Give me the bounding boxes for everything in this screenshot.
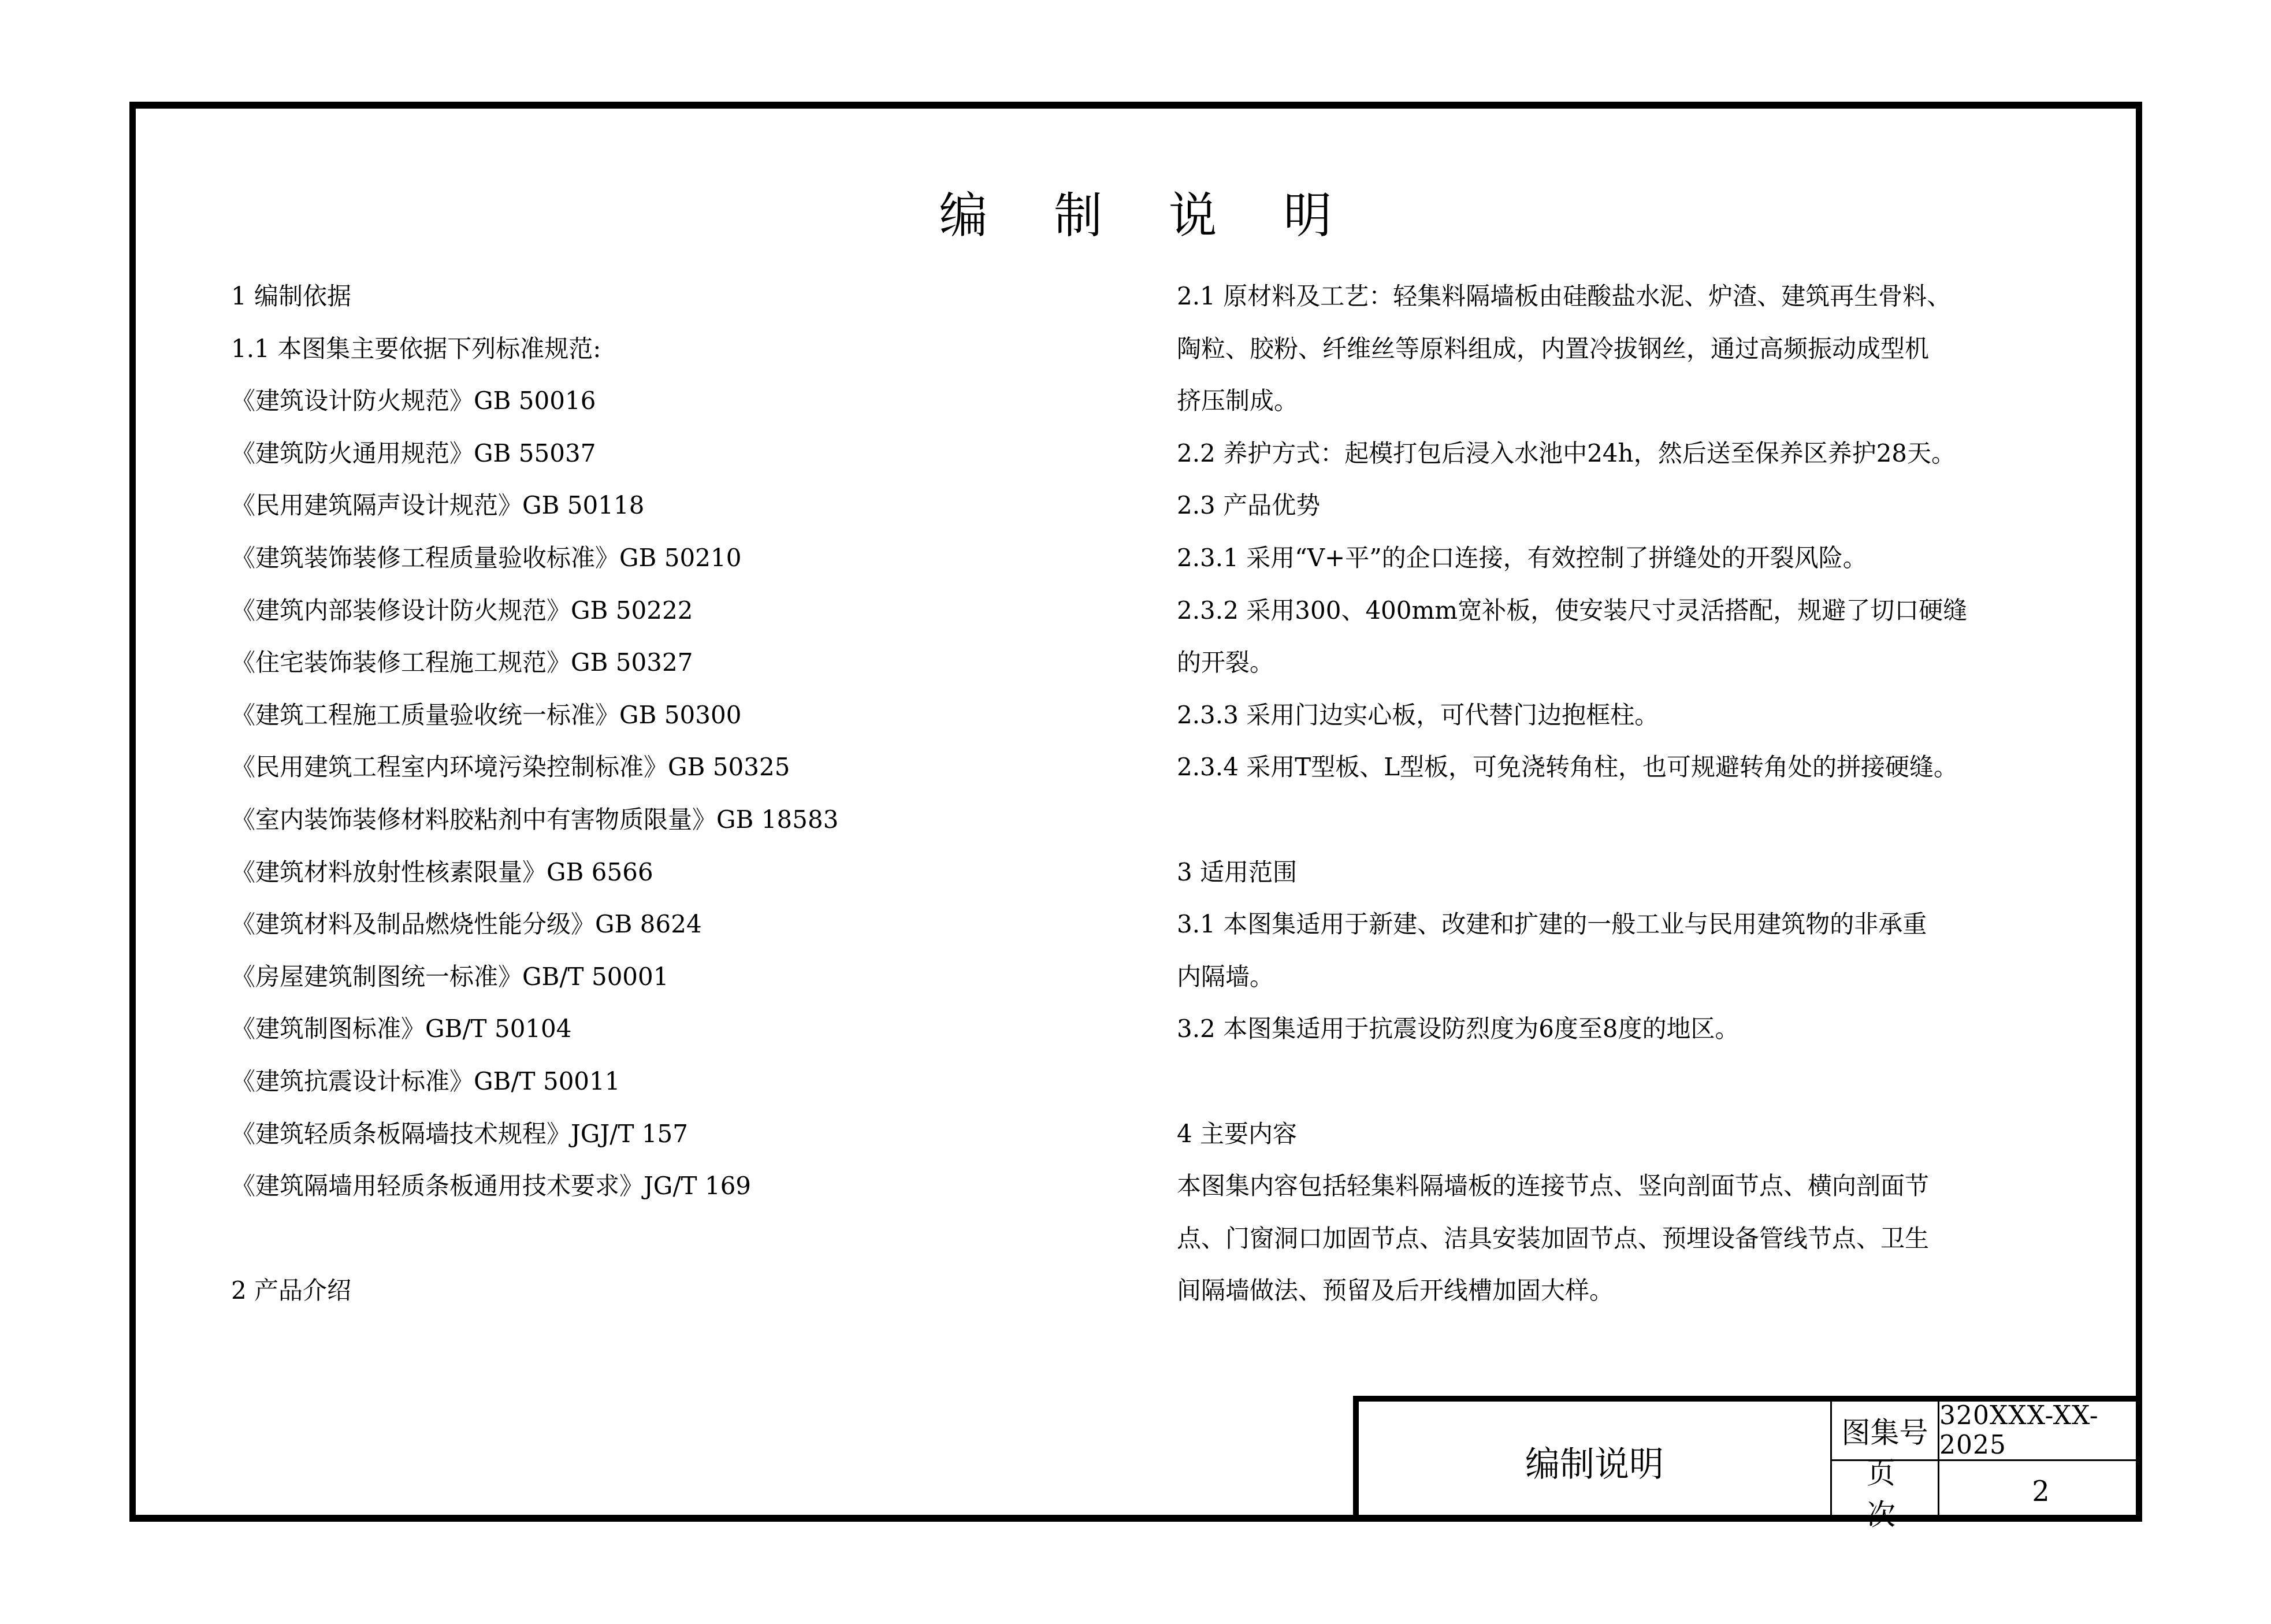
standard-item: 《房屋建筑制图统一标准》GB/T 50001: [231, 951, 838, 1004]
standard-item: 《建筑内部装修设计防火规范》GB 50222: [231, 585, 838, 637]
paragraph-line: 间隔墙做法、预留及后开线槽加固大样。: [1177, 1265, 1967, 1317]
standard-item: 《建筑设计防火规范》GB 50016: [231, 375, 838, 428]
title-block: 编制说明 图集号 320XXX-XX-2025 页次 2: [1353, 1396, 2142, 1522]
standard-item: 《建筑装饰装修工程质量验收标准》GB 50210: [231, 532, 838, 585]
standard-item: 《住宅装饰装修工程施工规范》GB 50327: [231, 637, 838, 689]
standard-item: 《建筑工程施工质量验收统一标准》GB 50300: [231, 689, 838, 742]
paragraph-line: 2.3.4 采用T型板、L型板，可免浇转角柱，也可规避转角处的拼接硬缝。: [1177, 741, 1967, 794]
paragraph-line: 2.3.3 采用门边实心板，可代替门边抱框柱。: [1177, 689, 1967, 742]
spacer: [1177, 794, 1967, 846]
standard-item: 《建筑材料放射性核素限量》GB 6566: [231, 846, 838, 899]
drawing-name: 编制说明: [1359, 1402, 1830, 1522]
paragraph-line: 挤压制成。: [1177, 375, 1967, 428]
paragraph-line: 陶粒、胶粉、纤维丝等原料组成，内置冷拔钢丝，通过高频振动成型机: [1177, 323, 1967, 376]
standard-item: 《民用建筑隔声设计规范》GB 50118: [231, 480, 838, 532]
paragraph-line: 本图集内容包括轻集料隔墙板的连接节点、竖向剖面节点、横向剖面节: [1177, 1160, 1967, 1213]
spacer: [231, 1213, 838, 1265]
paragraph-line: 2.2 养护方式：起模打包后浸入水池中24h，然后送至保养区养护28天。: [1177, 428, 1967, 480]
standard-item: 《建筑材料及制品燃烧性能分级》GB 8624: [231, 898, 838, 951]
section-heading: 2 产品介绍: [231, 1265, 838, 1317]
paragraph-line: 3.1 本图集适用于新建、改建和扩建的一般工业与民用建筑物的非承重: [1177, 898, 1967, 951]
paragraph-line: 3.2 本图集适用于抗震设防烈度为6度至8度的地区。: [1177, 1003, 1967, 1056]
standard-item: 《室内装饰装修材料胶粘剂中有害物质限量》GB 18583: [231, 794, 838, 846]
standard-item: 《民用建筑工程室内环境污染控制标准》GB 50325: [231, 741, 838, 794]
paragraph-line: 2.3.1 采用“V+平”的企口连接，有效控制了拼缝处的开裂风险。: [1177, 532, 1967, 585]
subsection-heading: 1.1 本图集主要依据下列标准规范:: [231, 323, 838, 376]
page-number-label: 页次: [1832, 1461, 1938, 1522]
standard-item: 《建筑隔墙用轻质条板通用技术要求》JG/T 169: [231, 1160, 838, 1213]
subsection-heading: 2.3 产品优势: [1177, 480, 1967, 532]
paragraph-line: 2.1 原材料及工艺：轻集料隔墙板由硅酸盐水泥、炉渣、建筑再生骨料、: [1177, 270, 1967, 323]
page-number-value: 2: [1939, 1461, 2142, 1522]
spacer: [1177, 1056, 1967, 1108]
standard-item: 《建筑抗震设计标准》GB/T 50011: [231, 1056, 838, 1108]
paragraph-line: 的开裂。: [1177, 637, 1967, 689]
standard-item: 《建筑防火通用规范》GB 55037: [231, 428, 838, 480]
section-heading: 4 主要内容: [1177, 1108, 1967, 1161]
page-title: 编 制 说 明: [0, 184, 2271, 247]
paragraph-line: 内隔墙。: [1177, 951, 1967, 1004]
paragraph-line: 2.3.2 采用300、400mm宽补板，使安装尺寸灵活搭配，规避了切口硬缝: [1177, 585, 1967, 637]
atlas-number-value: 320XXX-XX-2025: [1939, 1402, 2142, 1459]
left-column: 1 编制依据 1.1 本图集主要依据下列标准规范: 《建筑设计防火规范》GB 5…: [231, 270, 838, 1317]
standard-item: 《建筑轻质条板隔墙技术规程》JGJ/T 157: [231, 1108, 838, 1161]
standard-item: 《建筑制图标准》GB/T 50104: [231, 1003, 838, 1056]
right-column: 2.1 原材料及工艺：轻集料隔墙板由硅酸盐水泥、炉渣、建筑再生骨料、 陶粒、胶粉…: [1177, 270, 1967, 1317]
paragraph-line: 点、门窗洞口加固节点、洁具安装加固节点、预埋设备管线节点、卫生: [1177, 1213, 1967, 1265]
section-heading: 3 适用范围: [1177, 846, 1967, 899]
section-heading: 1 编制依据: [231, 270, 838, 323]
